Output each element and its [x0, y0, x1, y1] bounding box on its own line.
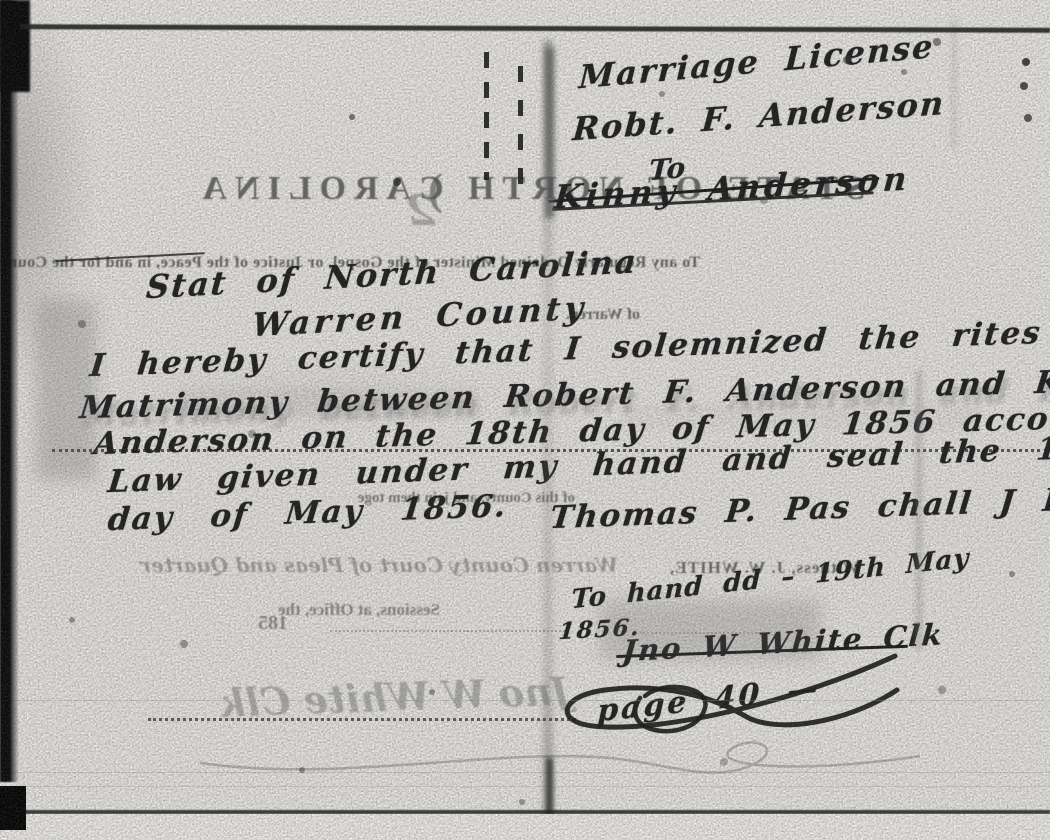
dashed-tick-mark [484, 52, 489, 180]
scan-line [0, 786, 1050, 787]
bleed-court-line: Warren County Court of Pleas and Quarter [98, 553, 618, 577]
clerk-dotted-line [148, 718, 576, 721]
bleed-sessions-line: Sessions, at Office, the [140, 600, 440, 620]
bleed-year-dotted-line [330, 630, 565, 632]
scan-line [0, 700, 1050, 701]
bleed-mark-2: 2 [406, 186, 435, 235]
scan-corner-block [0, 786, 26, 830]
fold-crease-right-top [952, 18, 956, 148]
docket-title: Marriage License [578, 27, 935, 96]
paper-speckles [0, 0, 4, 4]
officiant-signature: Thomas P. Pas chall J P Sea [548, 479, 1050, 537]
bleed-flourish-loops [190, 728, 930, 788]
scan-line [0, 772, 1050, 773]
scan-edge-left [0, 0, 18, 782]
ink-smudge [600, 600, 820, 660]
fold-crease-center-bottom [546, 758, 553, 816]
scan-strip-bottom [0, 814, 1050, 840]
ink-smudge [36, 300, 96, 480]
fold-crease-center-top [545, 48, 554, 218]
dashed-tick-mark [518, 58, 523, 190]
docket-groom-name: Robt. F. Anderson [571, 84, 946, 148]
ink-smudge [620, 404, 980, 430]
scan-edge-top [20, 24, 1050, 33]
scanned-marriage-license-document: STATE OF NORTH CAROLINA ) 2 To any Regul… [0, 0, 1050, 840]
scan-edge-left-top [0, 0, 30, 92]
bleed-year-blank: 185 [228, 612, 288, 635]
ink-smudge [180, 388, 480, 418]
